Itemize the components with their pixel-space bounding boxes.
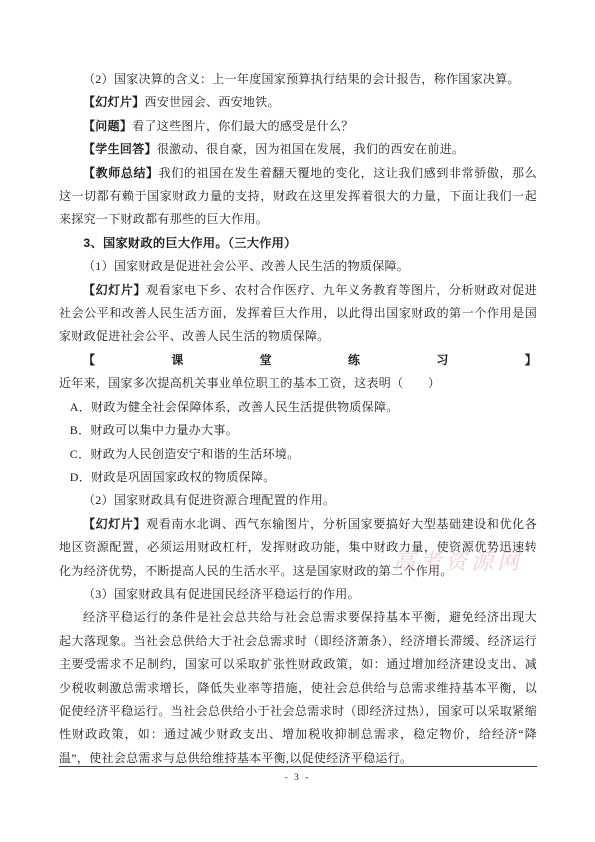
heading-text: 3、国家财政的巨大作用。（三大作用）	[83, 236, 296, 250]
para-function-3: （3）国家财政具有促进国民经济平稳运行的作用。	[59, 583, 537, 606]
page-number: - 3 -	[0, 773, 595, 783]
question-label: 【问题】	[83, 119, 132, 133]
teacher-summary-label: 【教师总结】	[83, 166, 159, 180]
document-body: （2）国家决算的含义：上一年度国家预算执行结果的会计报告，称作国家决算。 【幻灯…	[59, 68, 537, 770]
para-function-2: （2）国家财政具有促进资源合理配置的作用。	[59, 489, 537, 512]
slide-label: 【幻灯片】	[83, 283, 146, 297]
paragraph-text: 看了这些图片，你们最大的感受是什么？	[132, 119, 353, 133]
para-steady-economic-operation: 经济平稳运行的条件是社会总共给与社会总需求要保持基本平衡，避免经济出现大起大落现…	[59, 606, 537, 770]
paragraph-text: 近年来，国家多次提高机关事业单位职工的基本工资，这表明（ ）	[59, 376, 440, 390]
para-classroom-exercise: 【课堂练习】近年来，国家多次提高机关事业单位职工的基本工资，这表明（ ）	[59, 349, 537, 396]
para-slide-function-1: 【幻灯片】观看家电下乡、农村合作医疗、九年义务教育等图片，分析财政对促进社会公平…	[59, 279, 537, 349]
paragraph-text: （1）国家财政是促进社会公平、改善人民生活的物质保障。	[83, 259, 409, 273]
student-answer-label: 【学生回答】	[83, 142, 157, 156]
footer-divider	[59, 766, 537, 767]
paragraph-text: （2）国家决算的含义：上一年度国家预算执行结果的会计报告，称作国家决算。	[83, 72, 520, 86]
option-text: B．财政可以集中力量办大事。	[70, 423, 238, 437]
paragraph-text: （3）国家财政具有促进国民经济平稳运行的作用。	[83, 587, 360, 601]
para-question: 【问题】看了这些图片，你们最大的感受是什么？	[59, 115, 537, 138]
paragraph-text: 很激动、很自豪，因为祖国在发展，我们的西安在前进。	[157, 142, 465, 156]
option-d: D．财政是巩固国家政权的物质保障。	[59, 466, 537, 489]
paragraph-text: 经济平稳运行的条件是社会总共给与社会总需求要保持基本平衡，避免经济出现大起大落现…	[59, 610, 537, 764]
slide-label: 【幻灯片】	[83, 517, 146, 531]
paragraph-text: 西安世园会、西安地铁。	[145, 95, 280, 109]
para-slide-xian: 【幻灯片】西安世园会、西安地铁。	[59, 91, 537, 114]
slide-label: 【幻灯片】	[83, 95, 145, 109]
paragraph-text: （2）国家财政具有促进资源合理配置的作用。	[83, 493, 335, 507]
option-text: C．财政为人民创造安宁和谐的生活环境。	[70, 447, 300, 461]
para-teacher-summary: 【教师总结】我们的祖国在发生着翻天覆地的变化，这让我们感到非常骄傲，那么这一切都…	[59, 162, 537, 232]
option-text: D．财政是巩固国家政权的物质保障。	[70, 470, 276, 484]
option-b: B．财政可以集中力量办大事。	[59, 419, 537, 442]
exercise-label: 【课堂练习】	[83, 353, 537, 367]
option-text: A．财政为健全社会保障体系，改善人民生活提供物质保障。	[70, 400, 399, 414]
option-c: C．财政为人民创造安宁和谐的生活环境。	[59, 443, 537, 466]
document-page: （2）国家决算的含义：上一年度国家预算执行结果的会计报告，称作国家决算。 【幻灯…	[0, 0, 595, 842]
heading-three-functions: 3、国家财政的巨大作用。（三大作用）	[59, 232, 537, 255]
para-slide-function-2: 【幻灯片】观看南水北调、西气东输图片，分析国家要搞好大型基础建设和优化各地区资源…	[59, 513, 537, 583]
option-a: A．财政为健全社会保障体系，改善人民生活提供物质保障。	[59, 396, 537, 419]
para-student-answer: 【学生回答】很激动、很自豪，因为祖国在发展，我们的西安在前进。	[59, 138, 537, 161]
para-state-final-accounts-definition: （2）国家决算的含义：上一年度国家预算执行结果的会计报告，称作国家决算。	[59, 68, 537, 91]
para-function-1: （1）国家财政是促进社会公平、改善人民生活的物质保障。	[59, 255, 537, 278]
